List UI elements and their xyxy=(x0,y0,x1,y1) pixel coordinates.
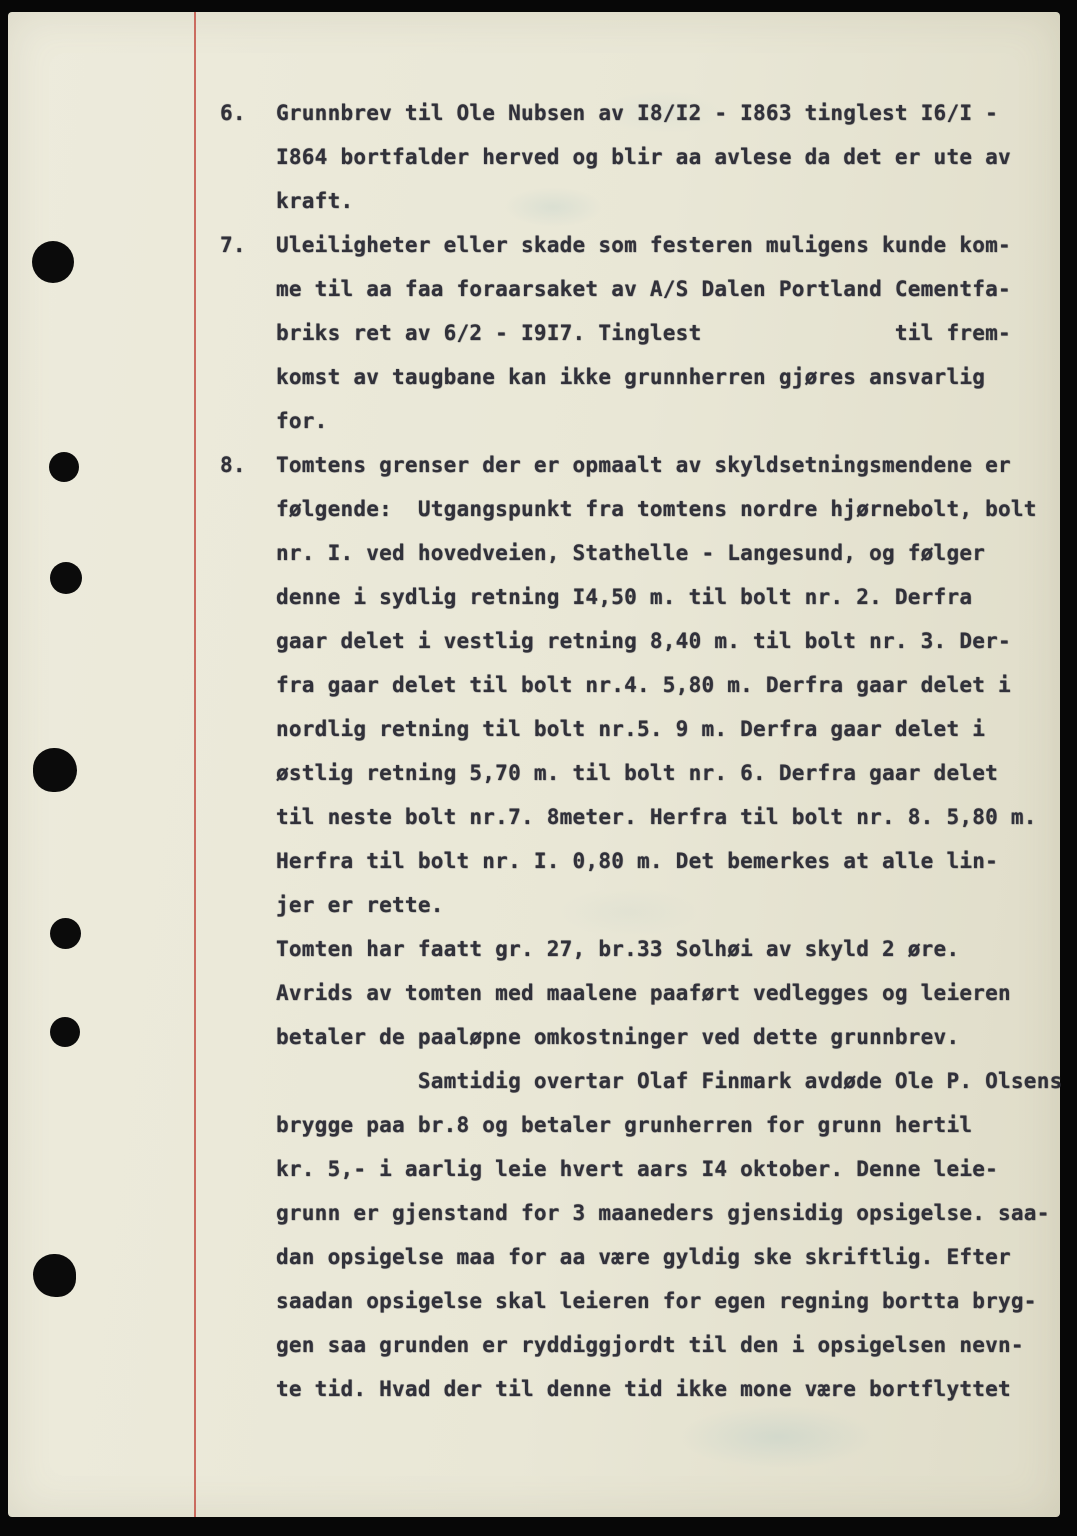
document-section-2: 7.Uleiligheter eller skade som festeren … xyxy=(276,223,1056,443)
text-line: briks ret av 6/2 - I9I7. Tinglest til fr… xyxy=(276,311,1056,355)
punch-hole xyxy=(32,241,74,283)
text-line: kraft. xyxy=(276,179,1056,223)
text-line: jer er rette. xyxy=(276,883,1056,927)
text-line: østlig retning 5,70 m. til bolt nr. 6. D… xyxy=(276,751,1056,795)
text-line: betaler de paaløpne omkostninger ved det… xyxy=(276,1015,1056,1059)
punch-hole xyxy=(33,1254,76,1297)
text-line: kr. 5,- i aarlig leie hvert aars I4 okto… xyxy=(276,1147,1056,1191)
punch-hole xyxy=(50,562,82,594)
text-line: I864 bortfalder herved og blir aa avlese… xyxy=(276,135,1056,179)
document-text: 6.Grunnbrev til Ole Nubsen av I8/I2 - I8… xyxy=(276,91,1056,1411)
text-line: komst av taugbane kan ikke grunnherren g… xyxy=(276,355,1056,399)
text-line: me til aa faa foraarsaket av A/S Dalen P… xyxy=(276,267,1056,311)
text-line: Herfra til bolt nr. I. 0,80 m. Det bemer… xyxy=(276,839,1056,883)
text-line: Grunnbrev til Ole Nubsen av I8/I2 - I863… xyxy=(276,91,1056,135)
punch-hole xyxy=(50,1017,80,1047)
text-line: følgende: Utgangspunkt fra tomtens nordr… xyxy=(276,487,1056,531)
text-line: te tid. Hvad der til denne tid ikke mone… xyxy=(276,1367,1056,1411)
text-line: grunn er gjenstand for 3 maaneders gjens… xyxy=(276,1191,1056,1235)
punch-hole xyxy=(33,748,77,792)
text-line: gaar delet i vestlig retning 8,40 m. til… xyxy=(276,619,1056,663)
text-line: fra gaar delet til bolt nr.4. 5,80 m. De… xyxy=(276,663,1056,707)
document-section-1: 6.Grunnbrev til Ole Nubsen av I8/I2 - I8… xyxy=(276,91,1056,223)
text-line: gen saa grunden er ryddiggjordt til den … xyxy=(276,1323,1056,1367)
section-number: 6. xyxy=(220,91,246,135)
paper-sheet: 6.Grunnbrev til Ole Nubsen av I8/I2 - I8… xyxy=(8,12,1060,1517)
document-scan: 6.Grunnbrev til Ole Nubsen av I8/I2 - I8… xyxy=(0,0,1077,1536)
text-line: nr. I. ved hovedveien, Stathelle - Lange… xyxy=(276,531,1056,575)
section-number: 8. xyxy=(220,443,246,487)
text-line: nordlig retning til bolt nr.5. 9 m. Derf… xyxy=(276,707,1056,751)
text-line: saadan opsigelse skal leieren for egen r… xyxy=(276,1279,1056,1323)
document-section-3: 8.Tomtens grenser der er opmaalt av skyl… xyxy=(276,443,1056,1059)
text-line: Avrids av tomten med maalene paaført ved… xyxy=(276,971,1056,1015)
punch-hole xyxy=(49,452,79,482)
red-margin-line xyxy=(194,12,196,1517)
text-line: brygge paa br.8 og betaler grunherren fo… xyxy=(276,1103,1056,1147)
section-number: 7. xyxy=(220,223,246,267)
text-line: for. xyxy=(276,399,1056,443)
punch-hole xyxy=(50,918,81,949)
text-line: denne i sydlig retning I4,50 m. til bolt… xyxy=(276,575,1056,619)
text-line: Uleiligheter eller skade som festeren mu… xyxy=(276,223,1056,267)
text-line: Tomtens grenser der er opmaalt av skylds… xyxy=(276,443,1056,487)
text-line: dan opsigelse maa for aa være gyldig ske… xyxy=(276,1235,1056,1279)
text-line: til neste bolt nr.7. 8meter. Herfra til … xyxy=(276,795,1056,839)
document-section-4: Samtidig overtar Olaf Finmark avdøde Ole… xyxy=(276,1059,1056,1411)
text-line: Tomten har faatt gr. 27, br.33 Solhøi av… xyxy=(276,927,1056,971)
text-line: Samtidig overtar Olaf Finmark avdøde Ole… xyxy=(276,1059,1056,1103)
